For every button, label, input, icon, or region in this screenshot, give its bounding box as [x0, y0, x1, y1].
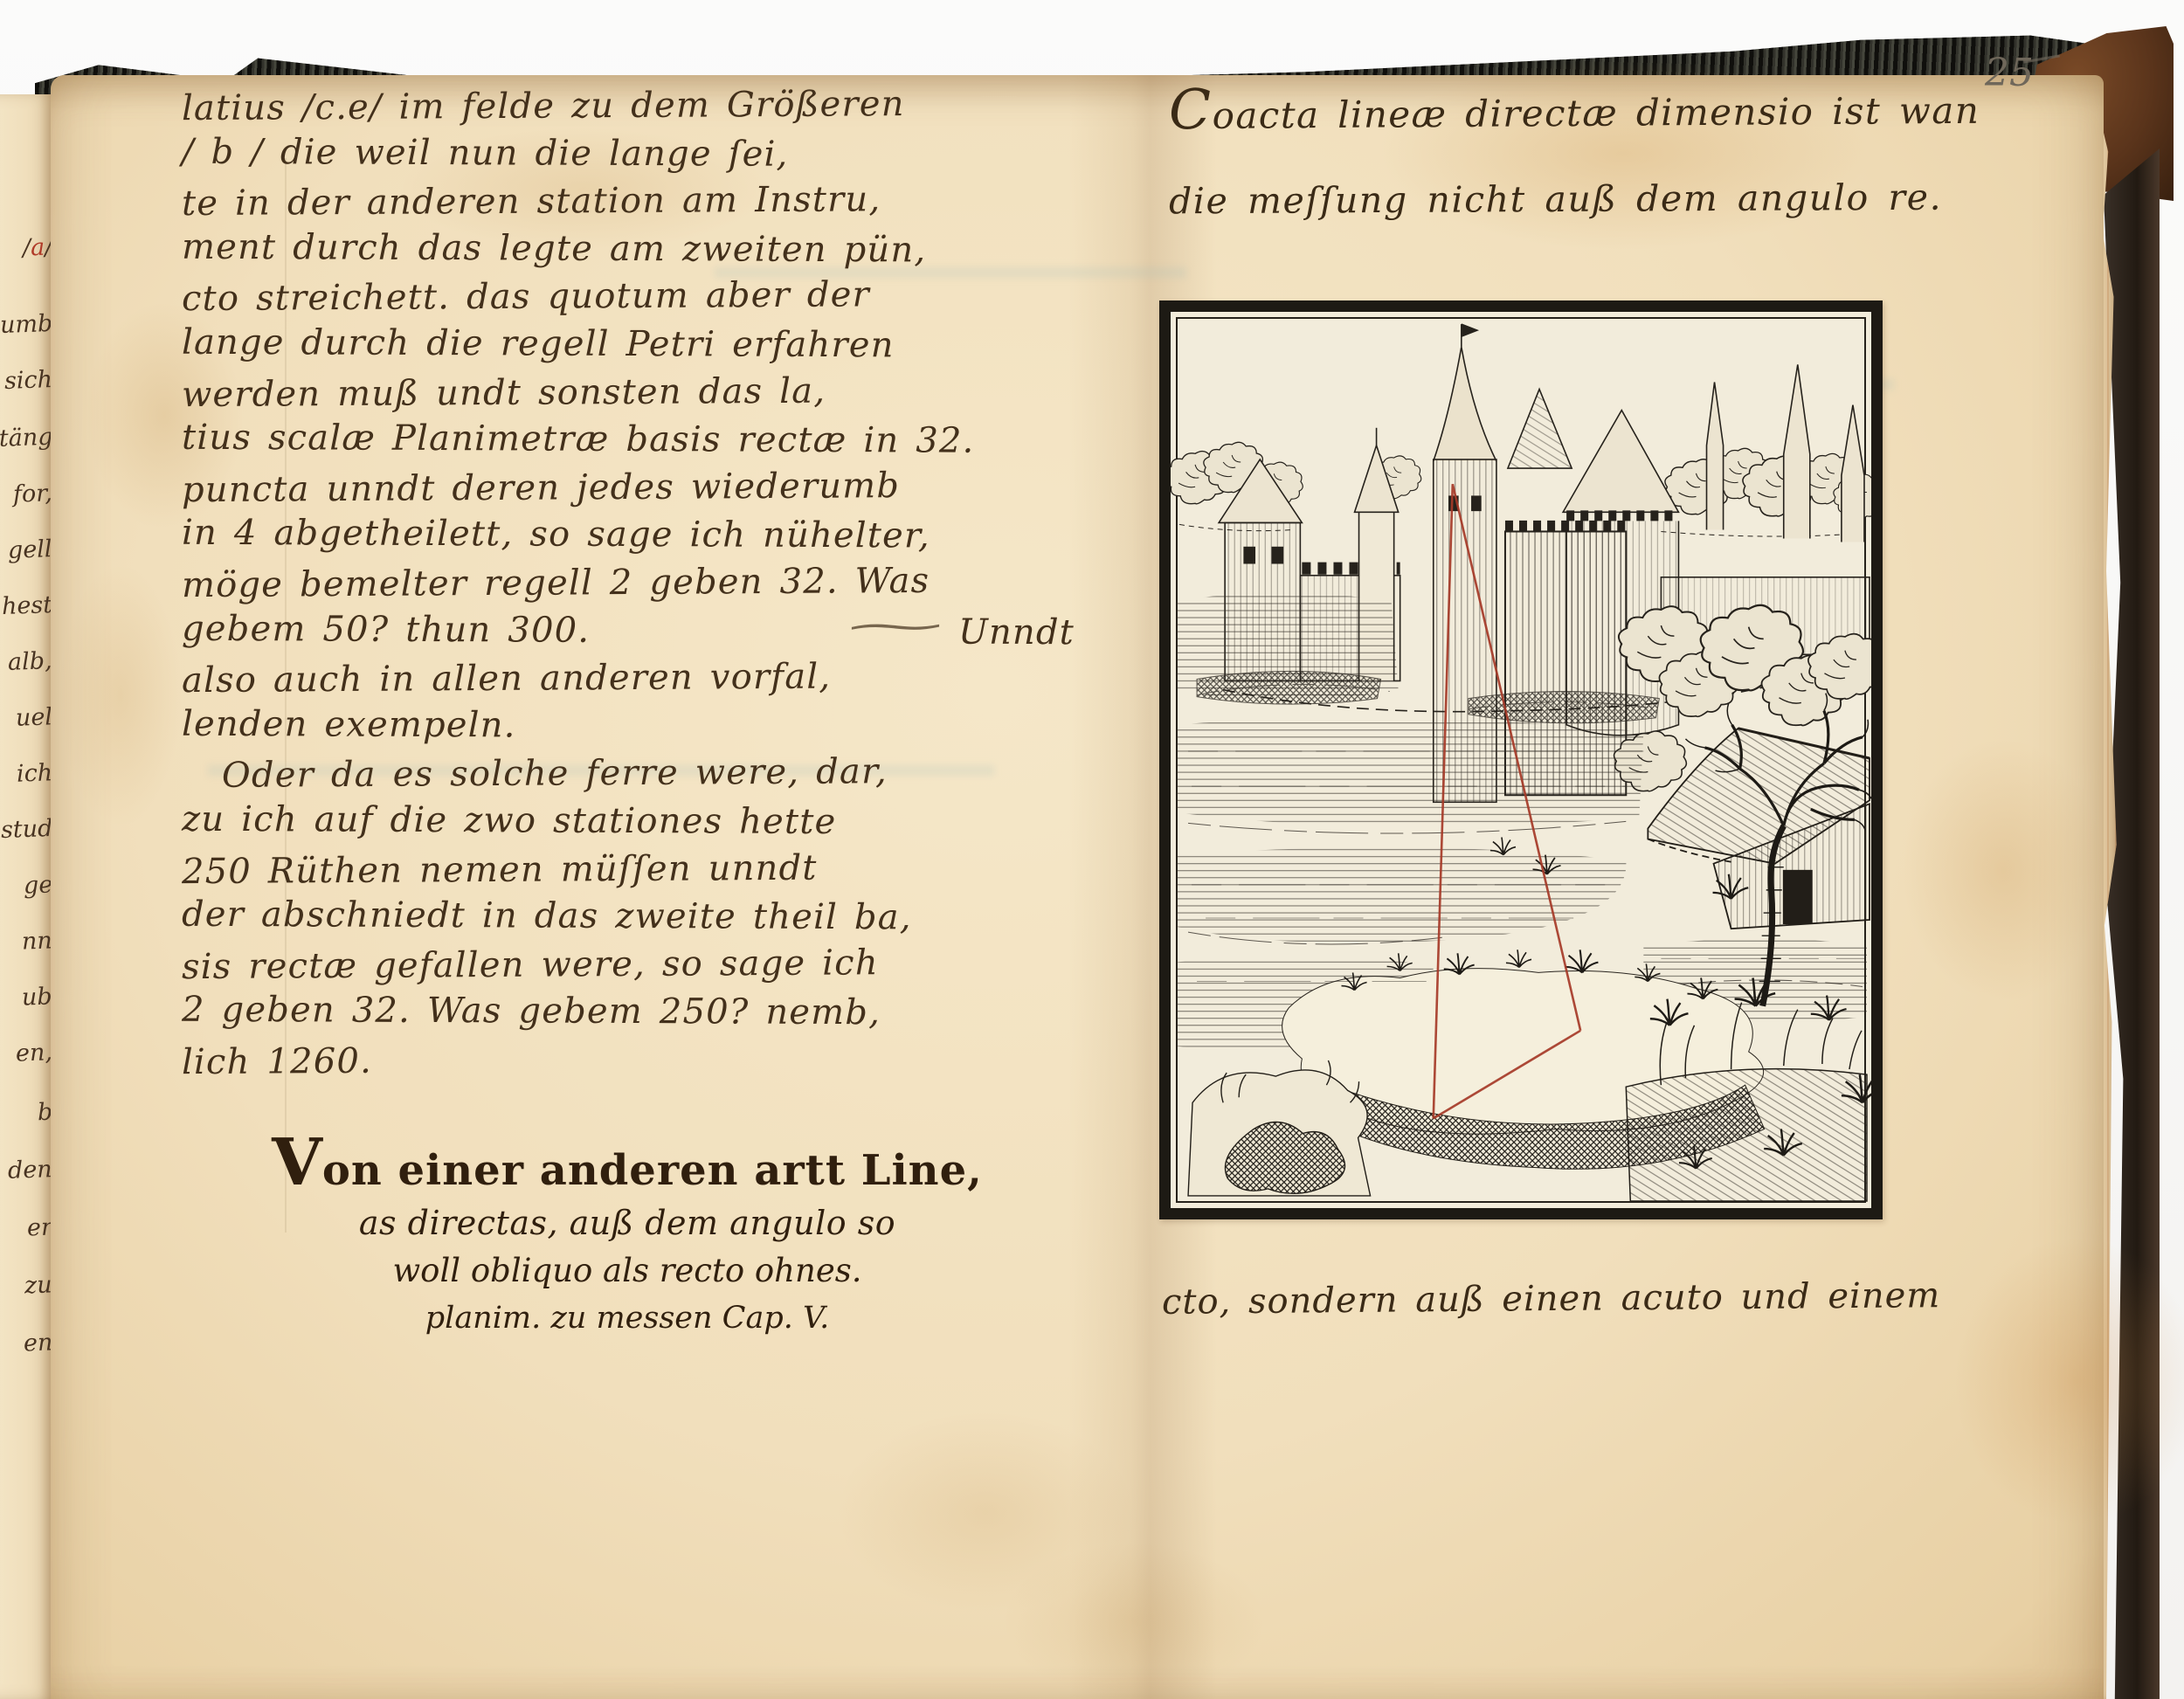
- facing-page-edge: /a/ umb sich stäng for, gell hest alb, u…: [0, 94, 56, 1699]
- manuscript-line: zu ich auf die zwo stationes hette: [182, 799, 1082, 851]
- page-number: 25: [1985, 51, 2034, 95]
- margin-fragment: stäng: [0, 424, 53, 453]
- margin-fragment: for,: [13, 480, 53, 508]
- manuscript-line: lich 1260.: [182, 1037, 1082, 1090]
- section-heading-line: as directas, auß dem angulo so: [208, 1198, 1047, 1247]
- margin-fragment: umb: [0, 310, 53, 339]
- manuscript-line: Oder da es solche ferre were, dar,: [182, 750, 1082, 804]
- margin-fragment: ub: [22, 983, 53, 1011]
- margin-fragment: /a/: [22, 233, 52, 261]
- margin-fragment: er: [27, 1214, 53, 1242]
- manuscript-line: lange durch die regell Petri erfahren: [182, 322, 1082, 374]
- flourish-icon: ~: [837, 606, 958, 647]
- section-heading: Von einer anderen artt Line, as directas…: [208, 1134, 1047, 1342]
- manuscript-photo: /a/ umb sich stäng for, gell hest alb, u…: [0, 0, 2184, 1699]
- manuscript-line: latius /c.e/ im felde zu dem Größeren: [182, 83, 1082, 136]
- engraving-caption: cto, sondern auß einen acuto und einem: [1162, 1275, 1941, 1323]
- left-page-text-block: latius /c.e/ im felde zu dem Größeren / …: [182, 86, 1082, 1087]
- right-page-heading-line-2: die meſſung nicht auß dem angulo re.: [1169, 176, 1942, 223]
- manuscript-line: 2 geben 32. Was gebem 250? nemb,: [182, 990, 1082, 1041]
- margin-fragment: ich: [16, 759, 52, 787]
- manuscript-line: puncta unndt deren jedes wiederumb: [182, 465, 1082, 518]
- manuscript-line: gebem 50? thun 300. ~Unndt: [182, 608, 1082, 660]
- engraving-art: [1171, 312, 1871, 1208]
- section-heading-line: Von einer anderen artt Line,: [208, 1134, 1047, 1198]
- margin-fragment: alb,: [8, 647, 53, 676]
- margin-fragment: stud: [0, 815, 52, 844]
- margin-fragment: nn: [22, 927, 53, 955]
- margin-fragment: hest: [1, 591, 52, 620]
- margin-fragment: zu: [24, 1271, 53, 1299]
- margin-fragment: en: [23, 1329, 52, 1357]
- section-heading-line: planim. zu messen Cap. V.: [208, 1295, 1047, 1342]
- margin-fragment: uel: [15, 703, 52, 731]
- manuscript-line: 250 Rüthen nemen müſſen unndt: [182, 846, 1082, 899]
- manuscript-line: cto streichett. das quotum aber der: [182, 273, 1082, 327]
- manuscript-line: lenden exempeln.: [182, 703, 1082, 755]
- manuscript-line: also auch in allen anderen vorfal,: [182, 655, 1082, 708]
- red-letter-mark: a: [30, 234, 45, 262]
- manuscript-line: sis rectæ gefallen were, so sage ich: [182, 942, 1082, 995]
- engraving-figure: [1159, 300, 1883, 1219]
- manuscript-line: der abschniedt in das zweite theil ba,: [182, 894, 1082, 946]
- calculation-text: gebem 50? thun 300.: [182, 608, 590, 658]
- margin-fragment: gell: [8, 535, 53, 564]
- manuscript-line: / b / die weil nun die lange ſei,: [182, 131, 1082, 183]
- manuscript-line: in 4 abgetheilett, so sage ich nühelter,: [182, 513, 1082, 564]
- open-spread: latius /c.e/ im felde zu dem Größeren / …: [51, 75, 2104, 1699]
- book-cover-right-edge: [2104, 148, 2160, 1699]
- manuscript-line: möge bemelter regell 2 geben 32. Was: [182, 560, 1082, 613]
- margin-fragment: ge: [23, 871, 52, 899]
- line-flourish-and-word: ~Unndt: [882, 611, 1075, 660]
- manuscript-line: te in der anderen station am Instru,: [182, 178, 1082, 231]
- manuscript-line: tius scalæ Planimetræ basis rectæ in 32.: [182, 418, 1082, 469]
- margin-fragment: en,: [16, 1039, 53, 1067]
- manuscript-line: werden muß undt sonsten das la,: [182, 369, 1082, 422]
- margin-fragment: sich: [3, 366, 52, 395]
- section-heading-line: woll obliquo als recto ohnes.: [208, 1247, 1047, 1295]
- margin-fragment: den: [8, 1156, 53, 1184]
- manuscript-line: ment durch das legte am zweiten pün,: [182, 227, 1082, 279]
- right-page-heading-line-1: Coacta lineæ directæ dimensio ist wan: [1169, 73, 1980, 142]
